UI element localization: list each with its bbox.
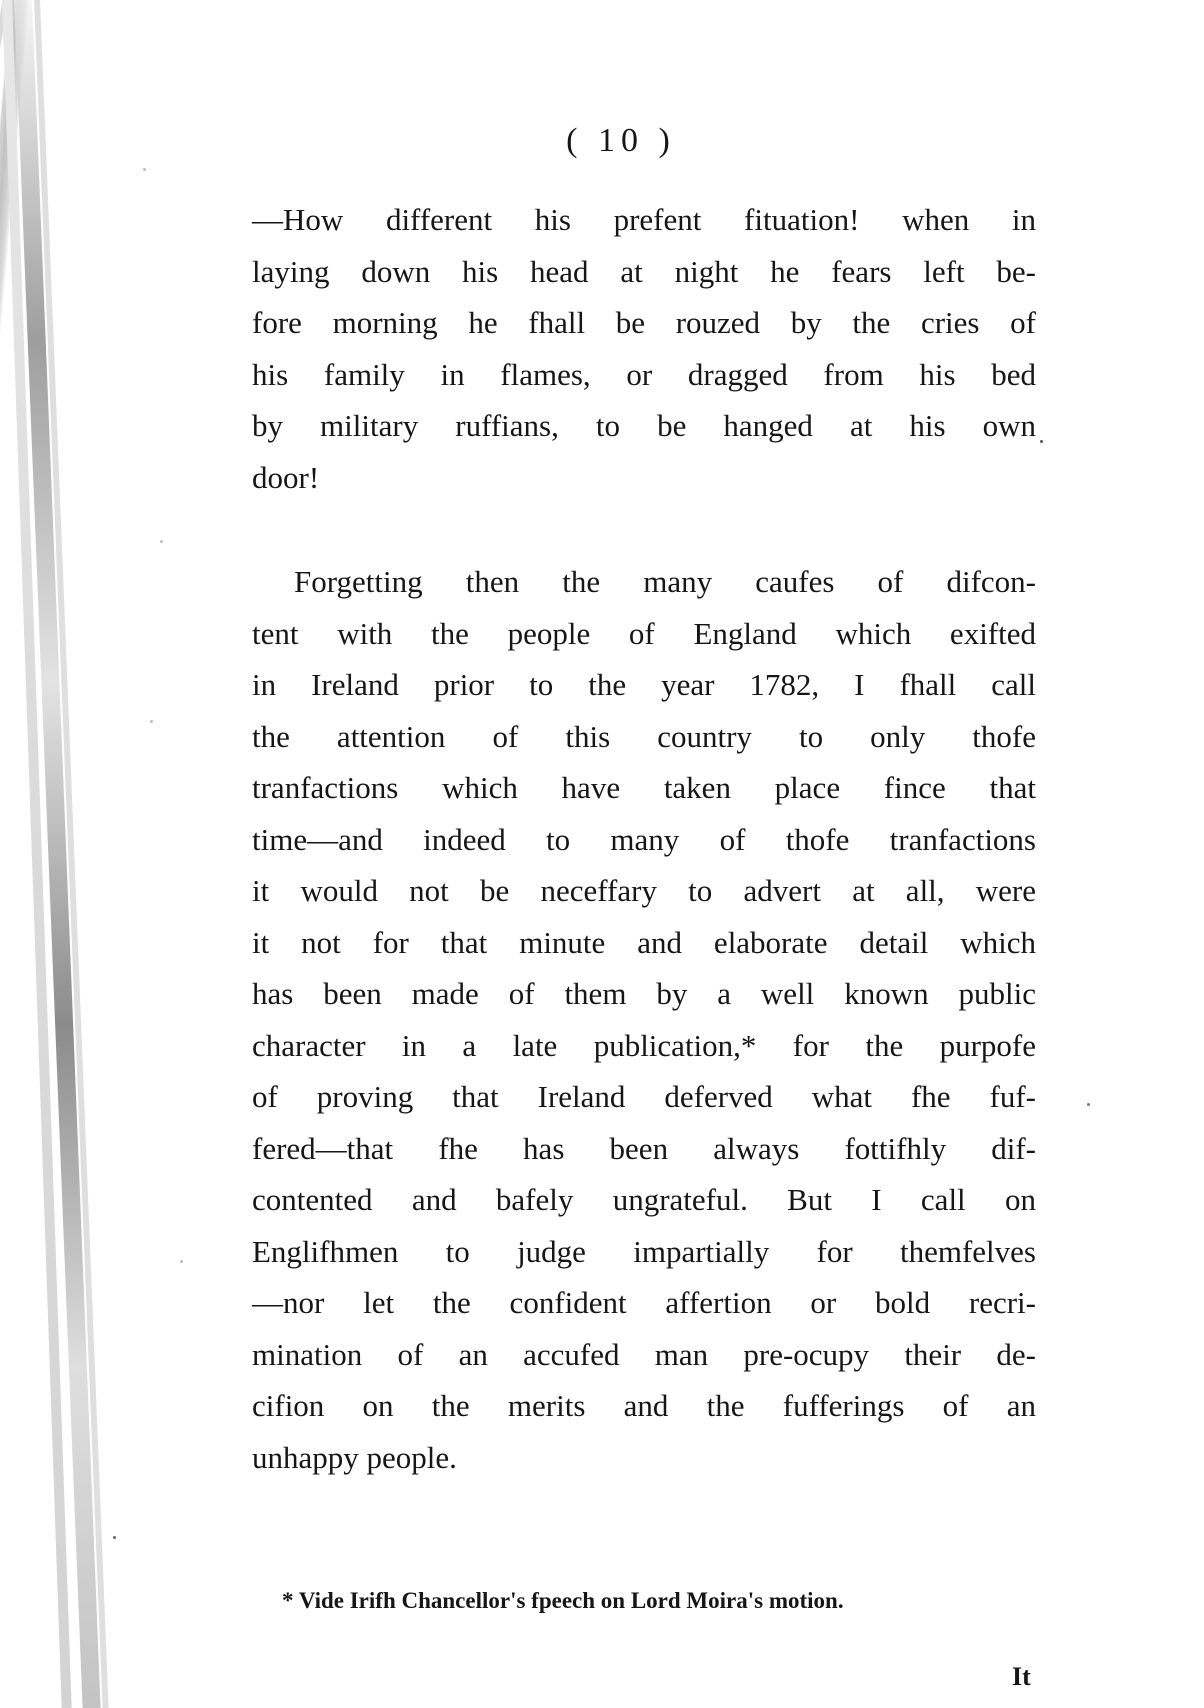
catchword: It <box>1012 1662 1031 1692</box>
scan-speck <box>1087 1103 1090 1106</box>
text-line: by military ruffians, to be hanged at hi… <box>252 400 1036 452</box>
text-line: his family in flames, or dragged from hi… <box>252 349 1036 401</box>
text-line: unhappy people. <box>252 1432 1036 1484</box>
text-line: contented and bafely ungrateful. But I c… <box>252 1174 1036 1226</box>
page-number: ( 10 ) <box>0 122 1204 160</box>
text-line: door! <box>252 452 1036 504</box>
text-line: it not for that minute and elaborate det… <box>252 917 1036 969</box>
paragraph-1: —How different his prefent fituation! wh… <box>252 194 1036 503</box>
text-line: —How different his prefent fituation! wh… <box>252 194 1036 246</box>
page-number-label: ( 10 ) <box>566 122 676 160</box>
text-line: fered—that fhe has been always fottifhly… <box>252 1123 1036 1175</box>
footnote: * Vide Irifh Chancellor's fpeech on Lord… <box>282 1588 844 1614</box>
scan-speck <box>180 1260 183 1263</box>
text-line: tranfactions which have taken place finc… <box>252 762 1036 814</box>
text-line: of proving that Ireland deferved what fh… <box>252 1071 1036 1123</box>
text-line: fore morning he fhall be rouzed by the c… <box>252 297 1036 349</box>
scan-speck <box>160 540 163 543</box>
paragraph-2: Forgetting then the many caufes of difco… <box>252 556 1036 1483</box>
text-line: Englifhmen to judge impartially for them… <box>252 1226 1036 1278</box>
scan-speck <box>1040 440 1043 443</box>
scan-speck <box>150 720 153 723</box>
text-line: mination of an accufed man pre-ocupy the… <box>252 1329 1036 1381</box>
text-line: tent with the people of England which ex… <box>252 608 1036 660</box>
text-line: in Ireland prior to the year 1782, I fha… <box>252 659 1036 711</box>
text-line: —nor let the confident affertion or bold… <box>252 1277 1036 1329</box>
text-line: it would not be neceffary to advert at a… <box>252 865 1036 917</box>
text-line: character in a late publication,* for th… <box>252 1020 1036 1072</box>
binding-shadow <box>34 0 109 1708</box>
scanned-binding-edge <box>0 0 72 1708</box>
text-line: laying down his head at night he fears l… <box>252 246 1036 298</box>
text-line: time—and indeed to many of thofe tranfac… <box>252 814 1036 866</box>
scan-speck <box>143 168 146 171</box>
text-line: cifion on the merits and the fufferings … <box>252 1380 1036 1432</box>
text-line: has been made of them by a well known pu… <box>252 968 1036 1020</box>
text-line: the attention of this country to only th… <box>252 711 1036 763</box>
scan-speck <box>113 1536 116 1539</box>
text-line: Forgetting then the many caufes of difco… <box>252 556 1036 608</box>
